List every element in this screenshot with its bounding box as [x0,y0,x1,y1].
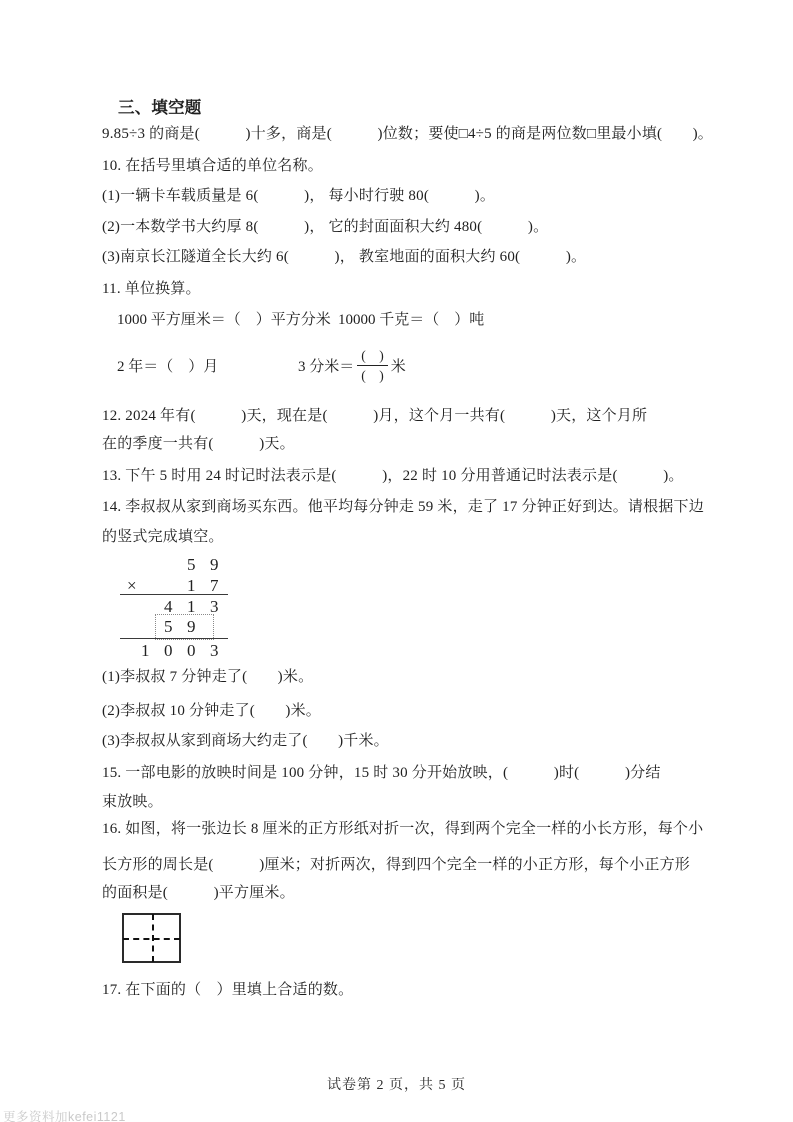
multiplicand-digit: 9 [210,556,219,574]
product-digit: 0 [187,642,196,660]
partial-product-2-digit: 5 [164,618,173,636]
fraction-blank: ( ) ( ) [357,347,388,384]
question-9: 9.85÷3 的商是( )十多，商是( )位数；要使□4÷5 的商是两位数□里最… [102,124,713,144]
multiplication-rule-2 [120,638,228,639]
question-13: 13. 下午 5 时用 24 时记时法表示是( )，22 时 10 分用普通记时… [102,466,684,486]
fraction-numerator: ( ) [357,347,388,366]
fraction-suffix: 米 [391,355,406,376]
multiplicand-digit: 5 [187,556,196,574]
question-15-line-2: 束放映。 [102,792,163,812]
product-digit: 1 [141,642,150,660]
question-17: 17. 在下面的（ ）里填上合适的数。 [102,980,353,1000]
question-12-line-2: 在的季度一共有( )天。 [102,434,295,454]
exam-paper-page: 三、填空题 9.85÷3 的商是( )十多，商是( )位数；要使□4÷5 的商是… [0,0,793,1122]
multiplier-digit: 7 [210,577,219,595]
question-16-line-1: 16. 如图，将一张边长 8 厘米的正方形纸对折一次，得到两个完全一样的小长方形… [102,819,703,839]
multiplier-digit: 1 [187,577,196,595]
product-digit: 0 [164,642,173,660]
unit-conversion-1: 1000 平方厘米＝（ ）平方分米 [117,310,331,330]
question-14-sub-2: (2)李叔叔 10 分钟走了( )米。 [102,701,321,721]
unit-conversion-2: 10000 千克＝（ ）吨 [338,310,484,330]
partial-product-2-digit: 9 [187,618,196,636]
multiply-sign: × [127,577,137,595]
question-10: 10. 在括号里填合适的单位名称。 [102,156,323,176]
question-10-sub-2: (2)一本数学书大约厚 8( )， 它的封面面积大约 480( )。 [102,217,548,237]
question-14-sub-3: (3)李叔叔从家到商场大约走了( )千米。 [102,731,389,751]
fraction-denominator: ( ) [357,366,388,384]
question-14-sub-1: (1)李叔叔 7 分钟走了( )米。 [102,667,313,687]
fraction-prefix: 3 分米＝ [298,355,354,376]
section-heading: 三、填空题 [118,98,202,118]
question-14-line-2: 的竖式完成填空。 [102,527,224,547]
horizontal-fold-line [123,938,180,940]
question-11: 11. 单位换算。 [102,279,201,299]
multiplication-rule-1 [120,594,228,595]
page-footer: 试卷第 2 页，共 5 页 [0,1074,793,1094]
unit-conversion-3: 2 年＝（ ）月 [117,357,218,377]
folded-square-figure [122,913,181,963]
question-14-line-1: 14. 李叔叔从家到商场买东西。他平均每分钟走 59 米，走了 17 分钟正好到… [102,497,704,517]
question-10-sub-3: (3)南京长江隧道全长大约 6( )， 教室地面的面积大约 60( )。 [102,247,586,267]
question-16-line-2: 长方形的周长是( )厘米；对折两次，得到四个完全一样的小正方形，每个小正方形 [102,855,690,875]
unit-conversion-4: 3 分米＝ ( ) ( ) 米 [298,347,406,384]
product-digit: 3 [210,642,219,660]
question-15-line-1: 15. 一部电影的放映时间是 100 分钟，15 时 30 分开始放映，( )时… [102,763,661,783]
question-10-sub-1: (1)一辆卡车载质量是 6( )， 每小时行驶 80( )。 [102,186,495,206]
question-12-line-1: 12. 2024 年有( )天，现在是( )月，这个月一共有( )天，这个月所 [102,406,647,426]
question-16-line-3: 的面积是( )平方厘米。 [102,883,295,903]
watermark-text: 更多资料加kefei1121 [3,1107,126,1122]
